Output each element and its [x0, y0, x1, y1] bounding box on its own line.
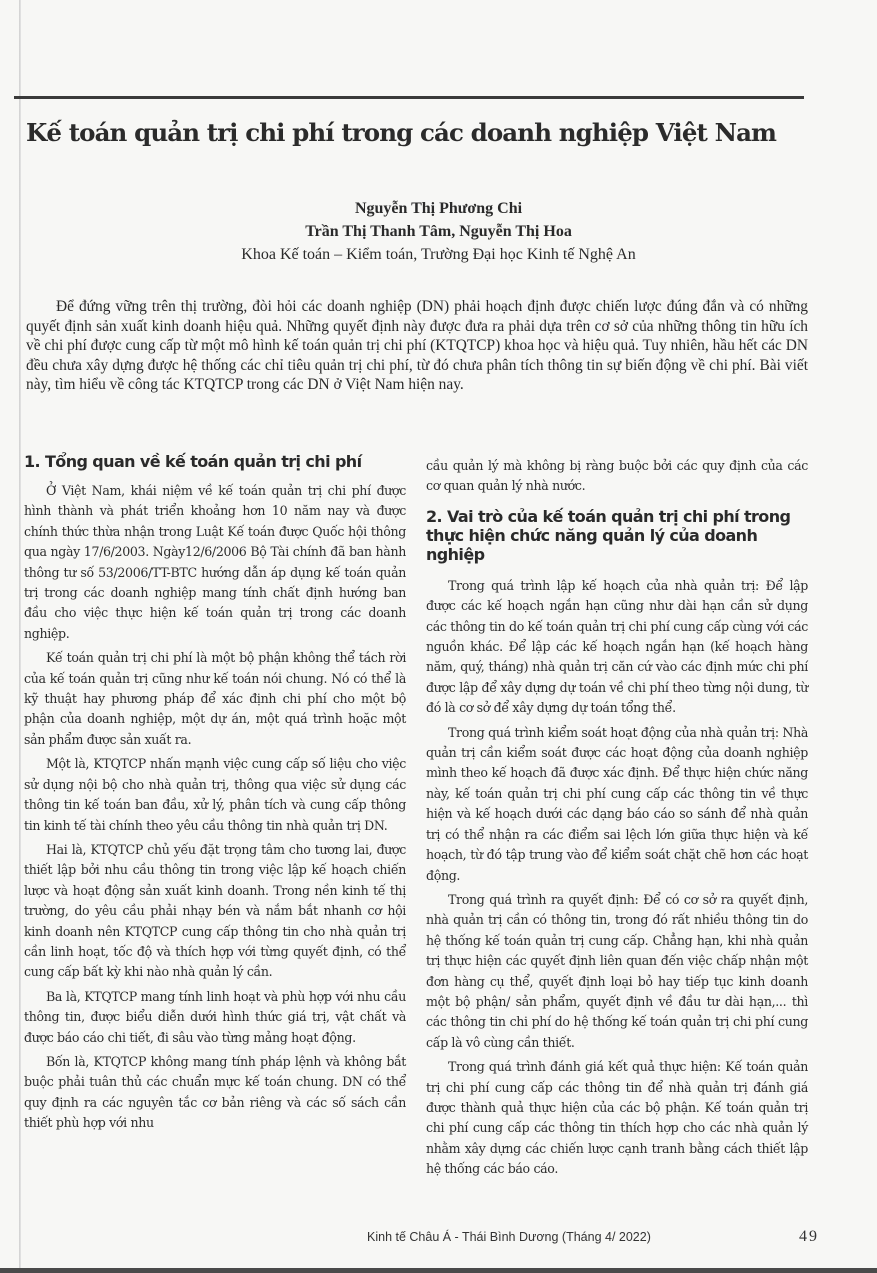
- page-number: 49: [799, 1228, 819, 1246]
- paragraph: Trong quá trình đánh giá kết quả thực hi…: [426, 1057, 808, 1179]
- author-affiliation: Khoa Kế toán – Kiểm toán, Trường Đại học…: [0, 243, 877, 267]
- paragraph: Hai là, KTQTCP chủ yếu đặt trọng tâm cho…: [24, 840, 406, 983]
- paragraph-continuation: cầu quản lý mà không bị ràng buộc bởi cá…: [426, 456, 808, 497]
- header-rule: [14, 96, 804, 99]
- paragraph: Một là, KTQTCP nhấn mạnh việc cung cấp s…: [24, 754, 406, 836]
- paragraph: Ở Việt Nam, khái niệm về kế toán quản tr…: [24, 481, 406, 644]
- journal-name: Kinh tế Châu Á - Thái Bình Dương (Tháng …: [367, 1230, 651, 1244]
- page-gutter-line: [19, 0, 21, 1273]
- author-line-2: Trần Thị Thanh Tâm, Nguyễn Thị Hoa: [0, 220, 877, 243]
- bottom-edge: [0, 1268, 877, 1273]
- abstract: Để đứng vững trên thị trường, đòi hỏi cá…: [26, 297, 808, 395]
- left-column: 1. Tổng quan về kế toán quản trị chi phí…: [24, 452, 406, 1138]
- article-title: Kế toán quản trị chi phí trong các doanh…: [26, 118, 816, 147]
- paragraph: Trong quá trình kiểm soát hoạt động của …: [426, 723, 808, 886]
- paragraph: Trong quá trình lập kế hoạch của nhà quả…: [426, 576, 808, 719]
- right-column: cầu quản lý mà không bị ràng buộc bởi cá…: [426, 456, 808, 1184]
- paragraph: Bốn là, KTQTCP không mang tính pháp lệnh…: [24, 1052, 406, 1134]
- paragraph: Kế toán quản trị chi phí là một bộ phận …: [24, 648, 406, 750]
- section-2-heading: 2. Vai trò của kế toán quản trị chi phí …: [426, 507, 808, 564]
- section-1-heading: 1. Tổng quan về kế toán quản trị chi phí: [24, 452, 406, 471]
- author-block: Nguyễn Thị Phương Chi Trần Thị Thanh Tâm…: [0, 197, 877, 267]
- paragraph: Ba là, KTQTCP mang tính linh hoạt và phù…: [24, 987, 406, 1048]
- author-line-1: Nguyễn Thị Phương Chi: [0, 197, 877, 220]
- paragraph: Trong quá trình ra quyết định: Để có cơ …: [426, 890, 808, 1053]
